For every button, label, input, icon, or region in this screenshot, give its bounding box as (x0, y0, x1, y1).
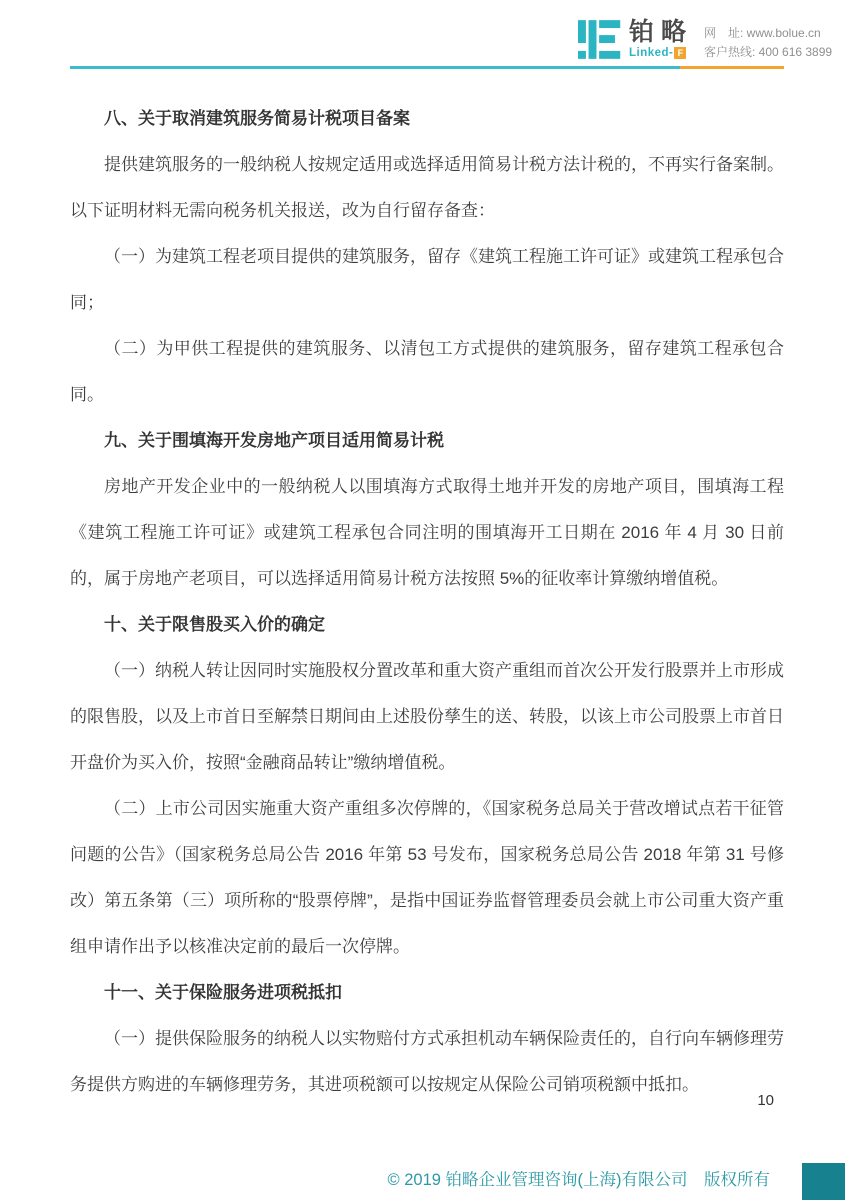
section-8-item-2: （二）为甲供工程提供的建筑服务、以清包工方式提供的建筑服务，留存建筑工程承包合同… (70, 326, 784, 418)
section-11-item-1: （一）提供保险服务的纳税人以实物赔付方式承担机动车辆保险责任的，自行向车辆修理劳… (70, 1016, 784, 1108)
header-divider (70, 66, 784, 69)
logo-f-badge: F (674, 47, 686, 59)
contact-info: 网 址: www.bolue.cn 客户热线: 400 616 3899 (704, 24, 832, 62)
contact-website: 网 址: www.bolue.cn (704, 24, 832, 43)
logo-subtitle: Linked- F (629, 47, 693, 59)
section-8-item-1: （一）为建筑工程老项目提供的建筑服务，留存《建筑工程施工许可证》或建筑工程承包合… (70, 234, 784, 326)
document-body: 八、关于取消建筑服务简易计税项目备案 提供建筑服务的一般纳税人按规定适用或选择适… (70, 96, 784, 1108)
section-8-heading: 八、关于取消建筑服务简易计税项目备案 (70, 96, 784, 142)
corner-decoration (802, 1163, 845, 1200)
page-header: 铂略 Linked- F 网 址: www.bolue.cn 客户热线: 400… (0, 0, 850, 70)
logo-linked-text: Linked- (629, 47, 673, 59)
bolue-logo-icon (578, 19, 622, 60)
contact-hotline: 客户热线: 400 616 3899 (704, 43, 832, 62)
document-page: 铂略 Linked- F 网 址: www.bolue.cn 客户热线: 400… (0, 0, 850, 1202)
section-9-paragraph-1: 房地产开发企业中的一般纳税人以围填海方式取得土地并开发的房地产项目，围填海工程《… (70, 464, 784, 602)
logo-company-name: 铂略 (629, 19, 693, 46)
page-number: 10 (757, 1092, 774, 1109)
section-10-item-2: （二）上市公司因实施重大资产重组多次停牌的，《国家税务总局关于营改增试点若干征管… (70, 786, 784, 970)
logo-text: 铂略 Linked- F (629, 19, 693, 59)
company-logo: 铂略 Linked- F (578, 19, 693, 60)
section-9-heading: 九、关于围填海开发房地产项目适用简易计税 (70, 418, 784, 464)
section-10-item-1: （一）纳税人转让因同时实施股权分置改革和重大资产重组而首次公开发行股票并上市形成… (70, 648, 784, 786)
copyright-notice: © 2019 铂略企业管理咨询(上海)有限公司 版权所有 (387, 1166, 770, 1190)
section-10-heading: 十、关于限售股买入价的确定 (70, 602, 784, 648)
section-11-heading: 十一、关于保险服务进项税抵扣 (70, 970, 784, 1016)
section-8-paragraph-1: 提供建筑服务的一般纳税人按规定适用或选择适用简易计税方法计税的，不再实行备案制。… (70, 142, 784, 234)
header-divider-orange (680, 66, 784, 69)
header-divider-teal (70, 66, 680, 69)
